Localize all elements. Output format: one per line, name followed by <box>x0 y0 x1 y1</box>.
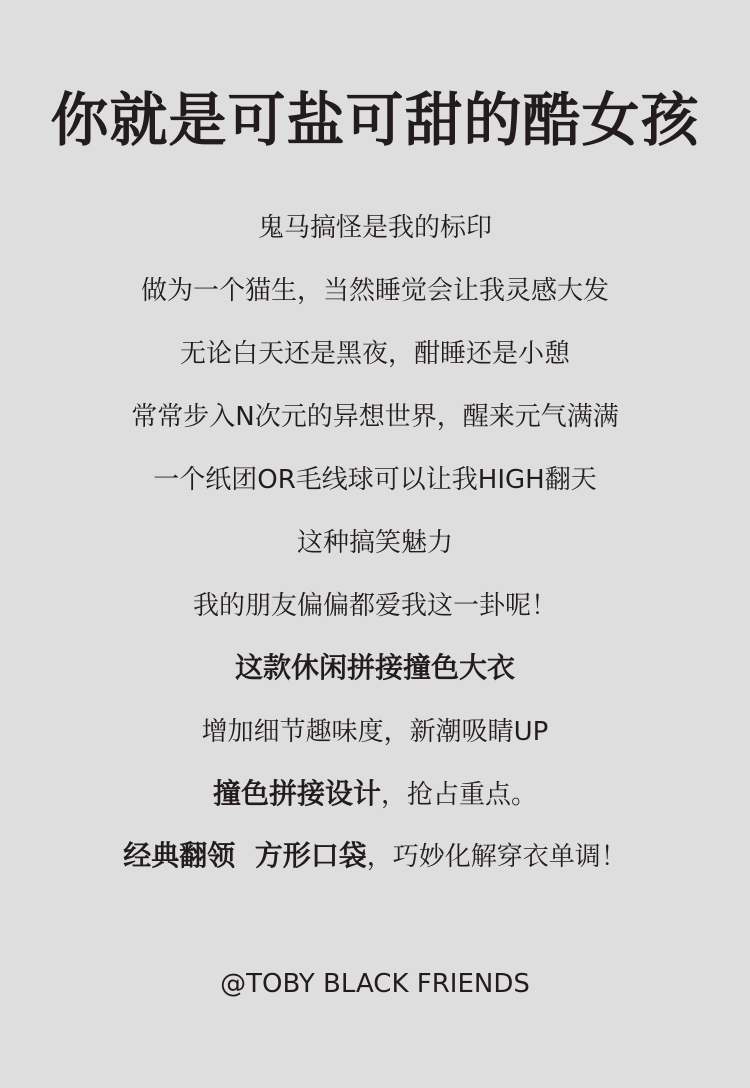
text-line-9: 增加细节趣味度，新潮吸睛UP <box>0 714 750 750</box>
page-title: 你就是可盐可甜的酷女孩 <box>0 82 750 158</box>
text-line-6: 这种搞笑魅力 <box>0 525 750 561</box>
highlight-collar-pocket: 经典翻领 方形口袋 <box>123 839 367 872</box>
text-line-4: 常常步入N次元的异想世界，醒来元气满满 <box>0 399 750 435</box>
text-collar-rest: ，巧妙化解穿衣单调！ <box>367 842 627 872</box>
text-line-3: 无论白天还是黑夜，酣睡还是小憩 <box>0 336 750 372</box>
text-line-7: 我的朋友偏偏都爱我这一卦呢！ <box>0 588 750 624</box>
brand-signature: @TOBY BLACK FRIENDS <box>0 966 750 1002</box>
text-line-11: 经典翻领 方形口袋，巧妙化解穿衣单调！ <box>0 838 750 875</box>
text-design-rest: ，抢占重点。 <box>381 780 537 810</box>
text-line-10: 撞色拼接设计，抢占重点。 <box>0 776 750 813</box>
highlight-line-product: 这款休闲拼接撞色大衣 <box>0 650 750 686</box>
highlight-design: 撞色拼接设计 <box>213 777 381 810</box>
text-line-5: 一个纸团OR毛线球可以让我HIGH翻天 <box>0 462 750 498</box>
text-line-1: 鬼马搞怪是我的标印 <box>0 210 750 246</box>
text-line-2: 做为一个猫生，当然睡觉会让我灵感大发 <box>0 273 750 309</box>
